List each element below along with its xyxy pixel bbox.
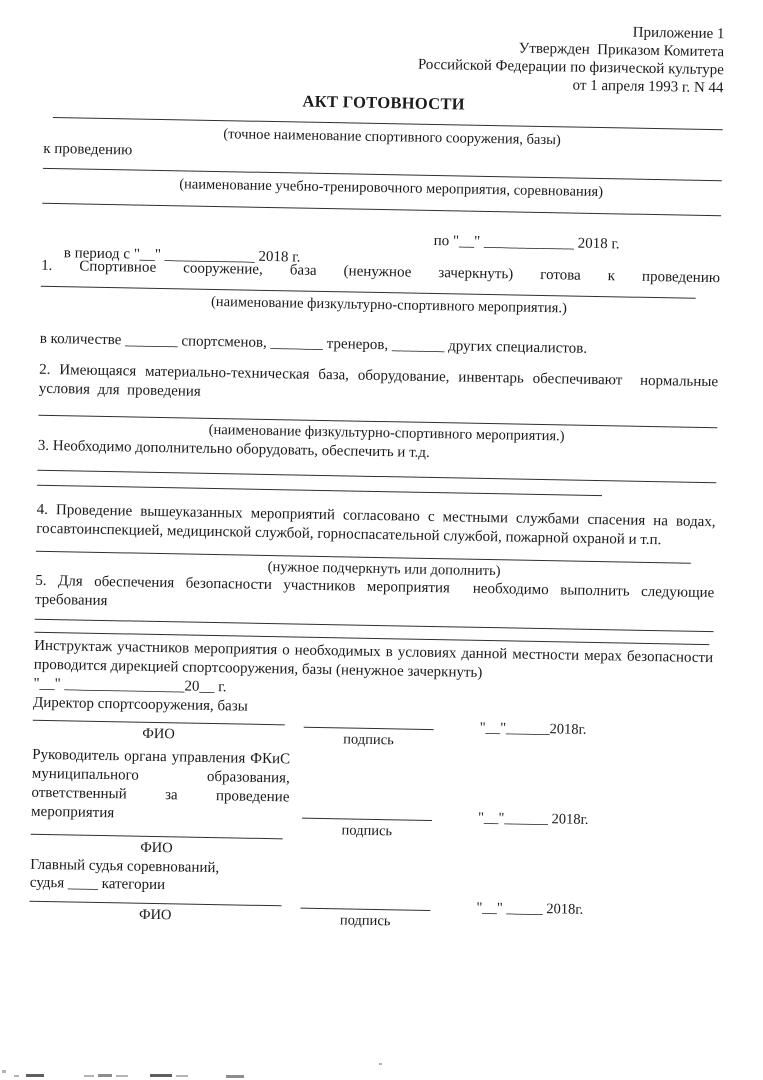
sign-label-2: подпись	[302, 821, 432, 842]
fill-in-line-equip-2	[37, 485, 602, 496]
form-item-2: 2. Имеющаяся материально-техническая баз…	[39, 361, 719, 411]
signature-date-1: "__"______2018г.	[480, 719, 587, 740]
scan-speck	[116, 1075, 128, 1077]
caption-sport-event-1: (наименование физкультурно-спортивного м…	[40, 290, 719, 320]
scan-speck	[150, 1074, 172, 1077]
scan-speck	[176, 1075, 188, 1077]
signature-date-2: "__"______ 2018г.	[478, 809, 589, 830]
quantity-row: в количестве _______ спортсменов, ______…	[40, 330, 719, 361]
scan-speck	[84, 1075, 94, 1077]
signature-block: ФИО подпись "__"______2018г. Руководител…	[29, 713, 712, 960]
sign-label-1: подпись	[303, 730, 433, 751]
fio-label-3: ФИО	[29, 904, 281, 928]
scanned-document-page: Приложение 1 Утвержден Приказом Комитета…	[0, 0, 763, 1080]
head-official-label: Руководитель органа управления ФКиС муни…	[31, 746, 290, 827]
scan-speck	[26, 1074, 44, 1077]
scan-speck	[226, 1075, 244, 1078]
fill-in-line-requirements-1	[35, 619, 714, 632]
fill-in-line-equip-1	[37, 470, 716, 483]
judge-label-line2: судья ____ категории	[30, 874, 166, 895]
scan-speck	[14, 1075, 19, 1077]
signature-date-3: "__" _____ 2018г.	[476, 899, 583, 920]
scan-speck	[379, 1063, 382, 1065]
scan-speck	[98, 1074, 112, 1077]
form-item-4: 4. Проведение вышеуказанных мероприятий …	[36, 501, 716, 551]
fio-label-1: ФИО	[32, 723, 284, 747]
period-row: в период с "__" ____________ 2018 г. по …	[42, 225, 721, 256]
approval-header: Приложение 1 Утвержден Приказом Комитета…	[44, 13, 724, 97]
period-from: в период с "__" ____________ 2018 г.	[64, 245, 301, 265]
period-to: по "__" ____________ 2018 г.	[433, 232, 619, 254]
sign-label-3: подпись	[300, 911, 430, 932]
fill-in-line-event-2	[42, 203, 721, 216]
scan-speck	[2, 1070, 6, 1073]
document-content: Приложение 1 Утвержден Приказом Комитета…	[0, 0, 763, 961]
caption-event: (наименование учебно-тренировочного меро…	[43, 173, 722, 203]
